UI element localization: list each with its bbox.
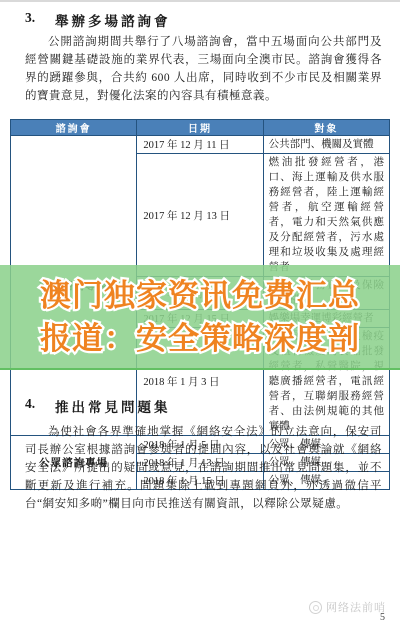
column-header-session: 諮詢會 xyxy=(11,120,137,136)
table-cell-date: 2017 年 12 月 11 日 xyxy=(137,136,263,154)
section-3-heading: 3. 舉辦多場諮詢會 xyxy=(25,10,171,30)
watermark-label: 网络法前哨 xyxy=(326,599,386,615)
section-3-number: 3. xyxy=(25,10,55,30)
table-header-row: 諮詢會 日期 對象 xyxy=(11,120,390,136)
table-row: 業界諮詢專場 2017 年 12 月 11 日 公共部門、機關及實體 xyxy=(11,136,390,154)
section-3-paragraph: 公開諮詢期間共舉行了八場諮詢會，當中五場面向公共部門及經營關鍵基礎設施的業界代表… xyxy=(25,33,382,105)
spam-overlay-band: 澳门独家资讯免费汇总 报道：安全策略深度剖 xyxy=(0,265,400,370)
table-cell-target: 燃油批發經營者，港口、海上運輸及供水服務經營者，陸上運輸經營者，航空運輸經營者，… xyxy=(263,154,389,277)
document-page: 3. 舉辦多場諮詢會 公開諮詢期間共舉行了八場諮詢會，當中五場面向公共部門及經營… xyxy=(0,0,400,626)
section-4-number: 4. xyxy=(25,396,55,416)
footer-watermark: 网络法前哨 xyxy=(309,599,386,615)
column-header-target: 對象 xyxy=(263,120,389,136)
page-number: 5 xyxy=(380,612,385,623)
section-3-title: 舉辦多場諮詢會 xyxy=(55,10,171,30)
section-4-heading: 4. 推出常見問題集 xyxy=(25,396,171,416)
spam-overlay-text-line1: 澳门独家资讯免费汇总 xyxy=(40,274,360,317)
section-4-title: 推出常見問題集 xyxy=(55,396,171,416)
table-cell-date: 2017 年 12 月 13 日 xyxy=(137,154,263,277)
spam-overlay-text-line2: 报道：安全策略深度剖 xyxy=(40,317,360,360)
column-header-date: 日期 xyxy=(137,120,263,136)
section-4-paragraph: 為使社會各界準確地掌握《網絡安全法》的立法意向，保安司司長辦公室根據諮詢會參與者… xyxy=(25,423,382,513)
table-cell-target: 公共部門、機關及實體 xyxy=(263,136,389,154)
watermark-logo-icon xyxy=(309,601,322,614)
